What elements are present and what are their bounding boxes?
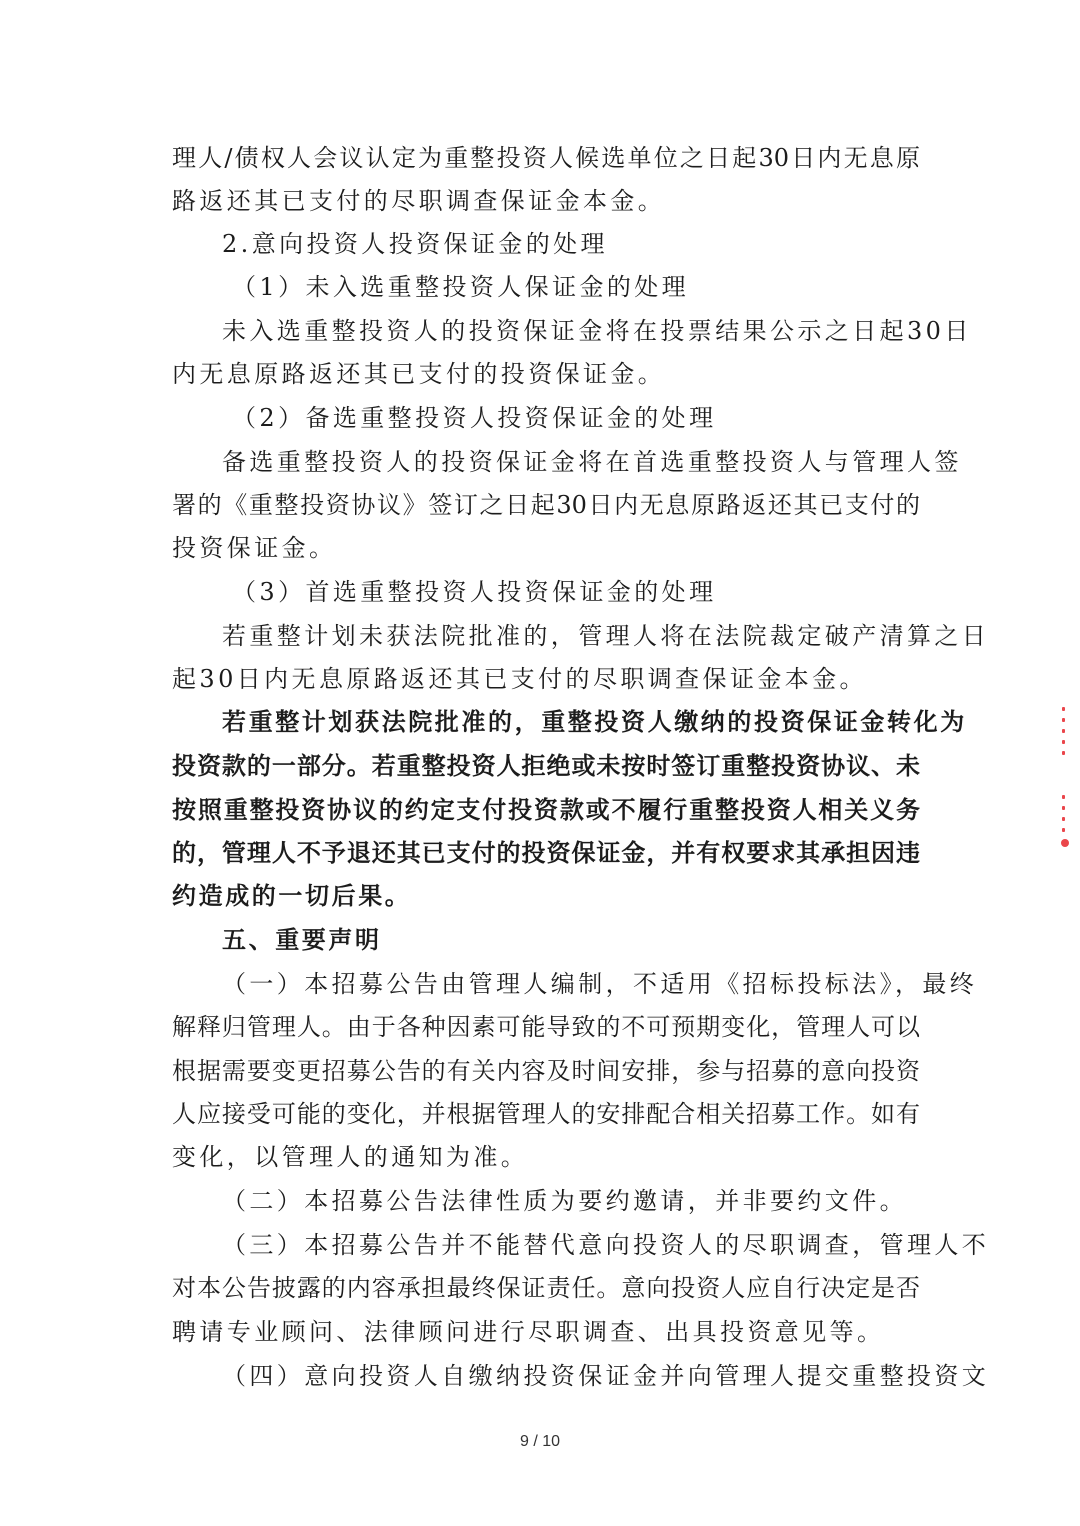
seal-stamp-edge-icon (1058, 700, 1072, 847)
subsection-heading: （2）备选重整投资人投资保证金的处理 (232, 403, 980, 433)
text-line: （四）意向投资人自缴纳投资保证金并向管理人提交重整投资文 (222, 1361, 970, 1391)
text-line: （一）本招募公告由管理人编制，不适用《招标投标法》，最终 (222, 969, 970, 999)
text-line: 署的《重整投资协议》签订之日起30日内无息原路返还其已支付的 (172, 490, 920, 520)
page-number: 9 / 10 (0, 1433, 1080, 1451)
bold-text-line: 约造成的一切后果。 (172, 881, 920, 911)
bold-text-line: 投资款的一部分。若重整投资人拒绝或未按时签订重整投资协议、未 (172, 751, 920, 781)
subsection-heading: （1）未入选重整投资人保证金的处理 (232, 272, 980, 302)
text-line: 理人/债权人会议认定为重整投资人候选单位之日起30日内无息原 (172, 143, 920, 173)
text-line: 若重整计划未获法院批准的，管理人将在法院裁定破产清算之日 (222, 621, 970, 651)
text-line: 投资保证金。 (172, 533, 920, 563)
bold-text-line: 若重整计划获法院批准的，重整投资人缴纳的投资保证金转化为 (222, 707, 970, 737)
text-line: （二）本招募公告法律性质为要约邀请，并非要约文件。 (222, 1186, 970, 1216)
subsection-heading: （3）首选重整投资人投资保证金的处理 (232, 577, 980, 607)
text-line: 根据需要变更招募公告的有关内容及时间安排，参与招募的意向投资 (172, 1056, 920, 1086)
text-line: （三）本招募公告并不能替代意向投资人的尽职调查，管理人不 (222, 1230, 970, 1260)
text-line: 未入选重整投资人的投资保证金将在投票结果公示之日起30日 (222, 316, 970, 346)
bold-text-line: 的，管理人不予退还其已支付的投资保证金，并有权要求其承担因违 (172, 838, 920, 868)
text-line: 解释归管理人。由于各种因素可能导致的不可预期变化，管理人可以 (172, 1012, 920, 1042)
bold-text-line: 按照重整投资协议的约定支付投资款或不履行重整投资人相关义务 (172, 795, 920, 825)
text-line: 人应接受可能的变化，并根据管理人的安排配合相关招募工作。如有 (172, 1099, 920, 1129)
text-line: 内无息原路返还其已支付的投资保证金。 (172, 359, 920, 389)
text-line: 起30日内无息原路返还其已支付的尽职调查保证金本金。 (172, 664, 920, 694)
text-line: 对本公告披露的内容承担最终保证责任。意向投资人应自行决定是否 (172, 1273, 920, 1303)
text-line: 备选重整投资人的投资保证金将在首选重整投资人与管理人签 (222, 447, 970, 477)
document-page: 理人/债权人会议认定为重整投资人候选单位之日起30日内无息原 路返还其已支付的尽… (0, 0, 1080, 1526)
text-line: 变化，以管理人的通知为准。 (172, 1142, 920, 1172)
section-heading: 2.意向投资人投资保证金的处理 (222, 229, 970, 259)
section-heading: 五、重要声明 (222, 925, 970, 955)
text-line: 路返还其已支付的尽职调查保证金本金。 (172, 186, 920, 216)
text-line: 聘请专业顾问、法律顾问进行尽职调查、出具投资意见等。 (172, 1317, 920, 1347)
